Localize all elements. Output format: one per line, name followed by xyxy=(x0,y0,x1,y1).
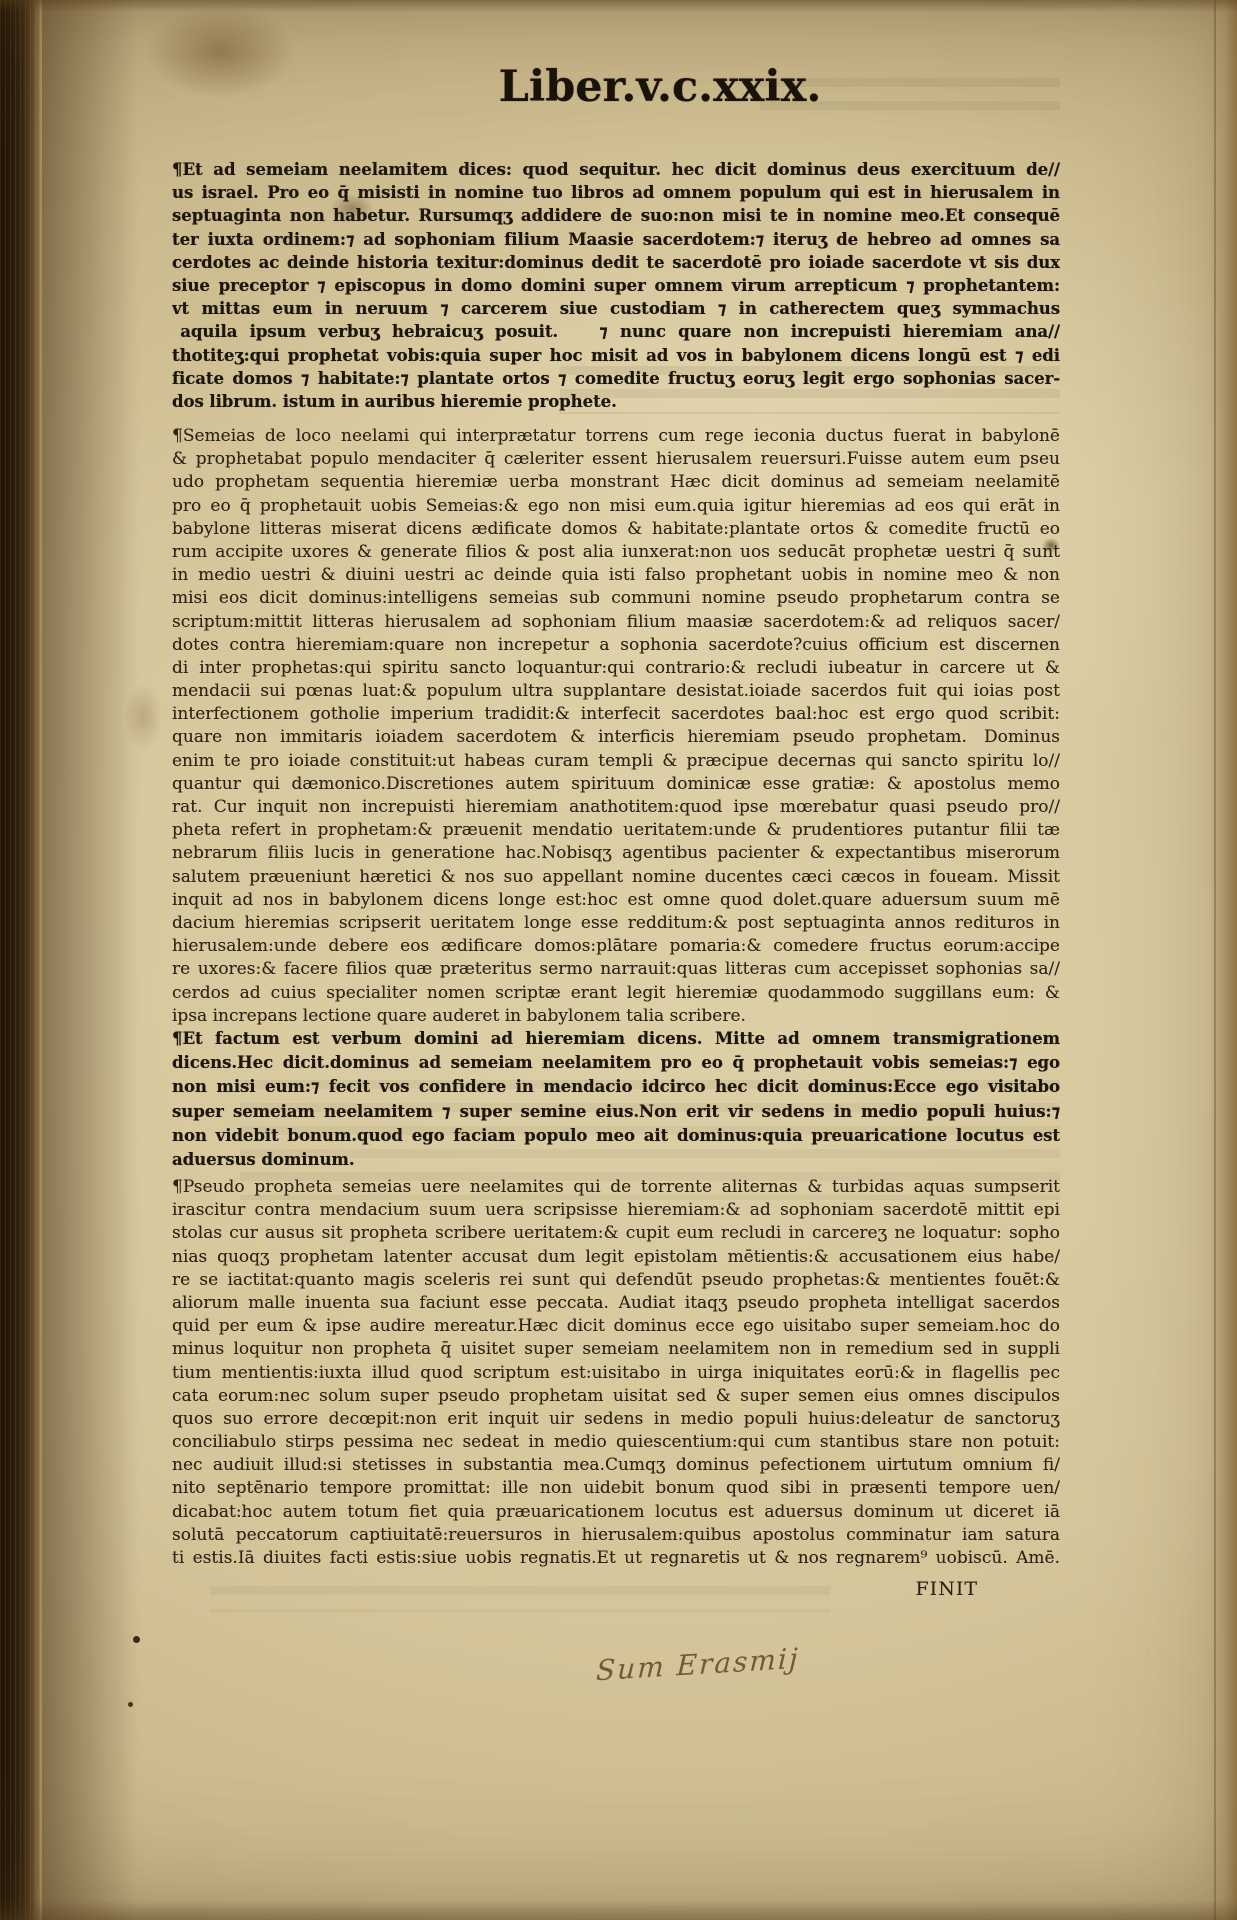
text-line: babylone litteras miserat dicens ædifica… xyxy=(172,518,1060,541)
text-line: quantur qui dæmonico.Discretiones autem … xyxy=(172,773,1060,796)
text-line: tium mentientis:iuxta illud quod scriptu… xyxy=(172,1362,1060,1385)
ink-dot xyxy=(128,1702,133,1707)
paragraph: ¶Pseudo propheta semeias uere neelamites… xyxy=(172,1176,1060,1570)
text-line: dos librum. istum in auribus hieremie pr… xyxy=(172,390,1060,413)
text-line: quid per eum & ipse audire mereatur.Hæc … xyxy=(172,1315,1060,1338)
text-line: nito septēnario tempore promittat: ille … xyxy=(172,1477,1060,1500)
paragraph: ¶Semeias de loco neelami qui interprætat… xyxy=(172,425,1060,1028)
text-line: dicabat:hoc autem totum fiet quia præuar… xyxy=(172,1501,1060,1524)
ink-dot xyxy=(133,1636,140,1643)
text-line: ¶Pseudo propheta semeias uere neelamites… xyxy=(172,1176,1060,1199)
text-line: ¶Et factum est verbum domini ad hieremia… xyxy=(172,1026,1060,1050)
text-line: thotiteʒ:qui prophetat vobis:quia super … xyxy=(172,344,1060,367)
text-line: ter iuxta ordinem:⁊ ad sophoniam filium … xyxy=(172,228,1060,251)
text-line: solutā peccatorum captiuitatē:reuersuros… xyxy=(172,1524,1060,1547)
text-line: cerdotes ac deinde historia texitur:domi… xyxy=(172,251,1060,274)
text-line: pheta refert in prophetam:& præuenit men… xyxy=(172,819,1060,842)
paragraph: ¶Et factum est verbum domini ad hieremia… xyxy=(172,1026,1060,1171)
text-line: interfectionem gotholie imperium tradidi… xyxy=(172,703,1060,726)
text-line: cata eorum:nec solum super pseudo prophe… xyxy=(172,1385,1060,1408)
text-line: nebrarum filiis lucis in generatione hac… xyxy=(172,842,1060,865)
text-line: aliorum malle inuenta sua faciunt esse p… xyxy=(172,1292,1060,1315)
text-line: ipsa increpans lectione quare auderet in… xyxy=(172,1005,1060,1028)
text-line: ficate domos ⁊ habitate:⁊ plantate ortos… xyxy=(172,367,1060,390)
book-page-scan: Liber.v.c.xxix. ¶Et ad semeiam neelamite… xyxy=(0,0,1237,1920)
text-line: di inter prophetas:qui spiritu sancto lo… xyxy=(172,657,1060,680)
text-line: siue preceptor ⁊ episcopus in domo domin… xyxy=(172,274,1060,297)
gutter-shadow xyxy=(42,0,138,1920)
text-line: inquit ad nos in babylonem dicens longe … xyxy=(172,889,1060,912)
page-edge-line xyxy=(1214,0,1216,1920)
text-line: dacium hieremias scripserit ueritatem lo… xyxy=(172,912,1060,935)
text-line: stolas cur ausus sit propheta scribere u… xyxy=(172,1222,1060,1245)
text-column: ¶Et ad semeiam neelamitem dices: quod se… xyxy=(172,0,1060,1920)
text-line: cerdos ad cuius specialiter nomen script… xyxy=(172,982,1060,1005)
text-line: re se iactitat:quanto magis sceleris rei… xyxy=(172,1269,1060,1292)
finit-label: FINIT xyxy=(172,1578,1060,1600)
text-line: minus loquitur non propheta q̄ uisitet s… xyxy=(172,1338,1060,1361)
text-line: enim te pro ioiade constituit:ut habeas … xyxy=(172,750,1060,773)
text-line: us israel. Pro eo q̄ misisti in nomine t… xyxy=(172,181,1060,204)
text-line: dotes contra hieremiam:quare non increpe… xyxy=(172,634,1060,657)
text-line: nias quoqʒ prophetam latenter accusat du… xyxy=(172,1246,1060,1269)
text-line: ¶Et ad semeiam neelamitem dices: quod se… xyxy=(172,158,1060,181)
text-line: scriptum:mittit litteras hierusalem ad s… xyxy=(172,611,1060,634)
text-line: pro eo q̄ prophetauit uobis Semeias:& eg… xyxy=(172,495,1060,518)
paragraph: ¶Et ad semeiam neelamitem dices: quod se… xyxy=(172,158,1060,413)
text-line: udo prophetam sequentia hieremiæ uerba m… xyxy=(172,471,1060,494)
text-line: aquila ipsum verbuʒ hebraicuʒ posuit. ⁊ … xyxy=(172,320,1060,343)
text-line: irascitur contra mendacium suum uera scr… xyxy=(172,1199,1060,1222)
text-line: misi eos dicit dominus:intelligens semei… xyxy=(172,587,1060,610)
text-line: ¶Semeias de loco neelami qui interprætat… xyxy=(172,425,1060,448)
text-line: mendacii sui pœnas luat:& populum ultra … xyxy=(172,680,1060,703)
text-line: non misi eum:⁊ fecit vos confidere in me… xyxy=(172,1074,1060,1098)
text-line: & prophetabat populo mendaciter q̄ cæler… xyxy=(172,448,1060,471)
text-line: conciliabulo stirps pessima nec sedeat i… xyxy=(172,1431,1060,1454)
text-line: aduersus dominum. xyxy=(172,1147,1060,1171)
text-line: rat. Cur inquit non increpuisti hieremia… xyxy=(172,796,1060,819)
text-line: quos suo errore decœpit:non erit inquit … xyxy=(172,1408,1060,1431)
text-line: septuaginta non habetur. Rursumqʒ addide… xyxy=(172,204,1060,227)
text-line: salutem præueniunt hæretici & nos suo ap… xyxy=(172,866,1060,889)
text-line: rum accipite uxores & generate filios & … xyxy=(172,541,1060,564)
text-line: nec audiuit illud:si stetisses in substa… xyxy=(172,1454,1060,1477)
text-line: ti estis.Iā diuites facti estis:siue uob… xyxy=(172,1547,1060,1570)
text-line: quare non immitaris ioiadem sacerdotem &… xyxy=(172,726,1060,749)
text-line: dicens.Hec dicit.dominus ad semeiam neel… xyxy=(172,1050,1060,1074)
text-line: re uxores:& facere filios quæ præteritus… xyxy=(172,958,1060,981)
text-line: super semeiam neelamitem ⁊ super semine … xyxy=(172,1099,1060,1123)
text-line: in medio uestri & diuini uestri ac deind… xyxy=(172,564,1060,587)
text-line: hierusalem:unde debere eos ædificare dom… xyxy=(172,935,1060,958)
text-line: vt mittas eum in neruum ⁊ carcerem siue … xyxy=(172,297,1060,320)
book-binding xyxy=(0,0,42,1920)
text-line: non videbit bonum.quod ego faciam populo… xyxy=(172,1123,1060,1147)
